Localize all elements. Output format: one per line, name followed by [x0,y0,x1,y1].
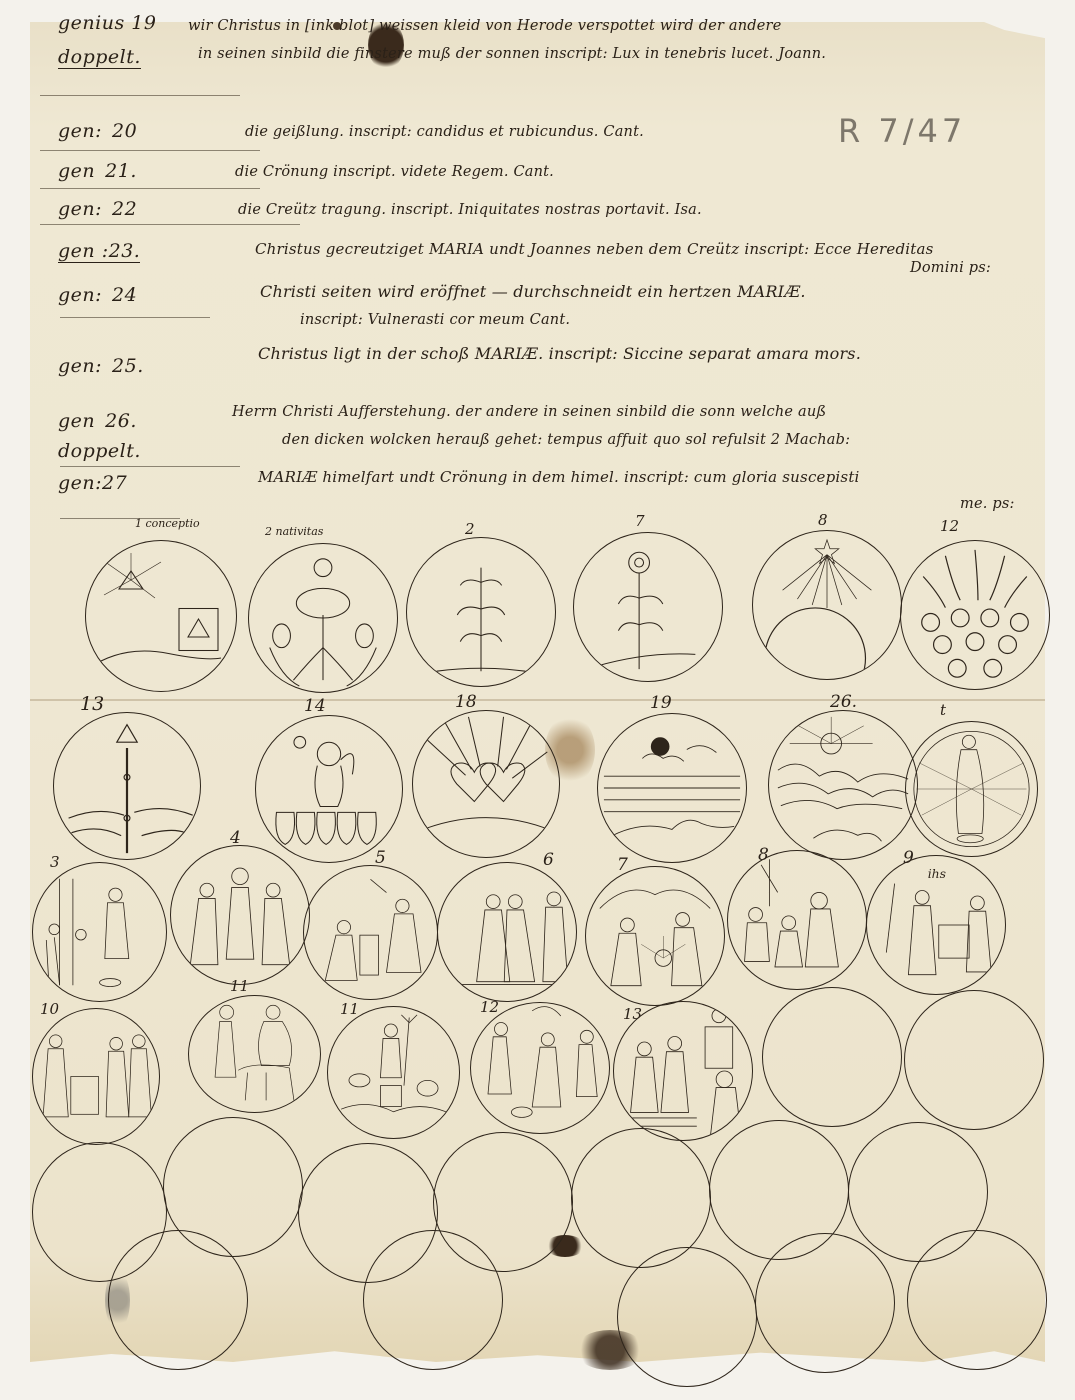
medallion-sun-sea [597,713,747,863]
rule [40,95,240,96]
entry-text: Christus gecreutziget MARIA undt Joannes… [255,240,934,258]
medallion-doctors [613,1001,753,1141]
medallion-star-globe [752,530,902,680]
entry-text: me. ps: [960,496,1015,512]
medallion-rose [573,532,723,682]
medallion-hearts [412,710,560,858]
medallion-number: t [940,701,946,719]
annunciation-scene-icon [304,866,437,999]
entry-text: in seinen sinbild die finstere muß der s… [198,46,826,62]
medallion-plant [406,537,556,687]
medallion-blank [907,1230,1047,1370]
entry-text: MARIÆ himelfart undt Crönung in dem hime… [258,468,860,486]
medallion-virgin [905,721,1038,857]
entry-label: gen26. [58,410,137,432]
entry-text: den dicken wolcken herauß gehet: tempus … [282,432,850,448]
medallion-number: 13 [80,693,104,715]
idol-scene-icon [328,1007,459,1138]
massacre-scene-icon [471,1003,609,1133]
medallion-fall-idols [327,1006,460,1139]
medallion-number: 7 [635,512,645,530]
plant-icon [407,538,555,686]
medallion-innocents [470,1002,610,1134]
nativity-scene-icon [586,867,724,1005]
jesse-tree-icon [249,544,397,692]
medallion-presentation-christ [32,1008,160,1145]
ihs-scene-icon: ihs [867,856,1005,994]
rule [40,188,260,189]
medallion-number: 8 [818,511,828,529]
entry-label: gen21. [58,160,137,182]
entry-label: gen :23. [58,240,140,262]
medallion-marriage [170,845,310,985]
temple-scene-icon [33,863,166,1001]
presentation-scene-icon [33,1009,159,1144]
entry-text: die Crönung inscript. videte Regem. Cant… [235,164,554,180]
visitation-scene-icon [438,863,576,1001]
virgin-icon [906,722,1037,856]
medallion-number: 1 conceptio [135,517,200,530]
medallion-number: 19 [650,693,672,713]
medallion-number: 14 [304,696,326,716]
medallion-putto [255,715,403,863]
medallion-magi [727,850,867,990]
medallion-blank [755,1233,895,1373]
eye-triangle-icon [86,541,236,691]
medallion-number: 26. [830,692,857,712]
medallion-flames [900,540,1050,690]
pierced-hearts-icon [413,711,559,857]
medallion-blank [363,1230,503,1370]
entry-text: inscript: Vulnerasti cor meum Cant. [300,312,570,328]
entry-text: Christus ligt in der schoß MARIÆ. inscri… [258,344,861,363]
medallion-presentation [32,862,167,1002]
medallion-number: 2 [465,520,475,538]
star-icon [753,531,901,679]
medallion-blank [904,990,1044,1130]
medallion-number: 12 [940,517,959,535]
medallion-visitation [437,862,577,1002]
rule [60,317,210,318]
entry-text: die geißlung. inscript: candidus et rubi… [245,124,644,140]
doctors-scene-icon [614,1002,752,1140]
medallion-sun-clouds [768,710,918,860]
medallion-conceptio [85,540,237,692]
entry-text: Domini ps: [910,260,991,276]
medallion-blank [617,1247,757,1387]
entry-text: wir Christus in [ink blot] weissen kleid… [188,18,781,34]
medallion-circumcision: ihs [866,855,1006,995]
fold-line [30,699,1045,701]
entry-label: gen:24 [58,284,137,306]
rose-icon [574,533,722,681]
entry-label: genius 19 [58,12,156,34]
entry-label: gen:20 [58,120,137,142]
medallion-blank [762,987,902,1127]
flames-icon [901,541,1049,689]
entry-text: Herrn Christi Aufferstehung. der andere … [232,404,826,420]
medallion-annunciation [303,865,438,1000]
flight-egypt-icon [189,996,320,1112]
medallion-nativitas [248,543,398,693]
shelfmark: R 7/47 [838,112,966,150]
entry-label: gen:27 [58,472,127,494]
rule [60,466,240,467]
entry-note: doppelt. [58,46,141,68]
medallion-flight-egypt [188,995,321,1113]
marriage-scene-icon [171,846,309,984]
svg-text:ihs: ihs [928,866,946,881]
entry-text: Christi seiten wird eröffnet — durchschn… [260,282,806,301]
rule [40,224,300,225]
entry-label: gen:22 [58,198,137,220]
rule [40,150,260,151]
medallion-number: 2 nativitas [265,525,323,538]
sun-sea-icon [598,714,746,862]
medallion-staff [53,712,201,860]
medallion-nativity [585,866,725,1006]
medallion-number: 11 [230,977,249,995]
entry-text: die Creütz tragung. inscript. Iniquitate… [238,202,702,218]
staff-icon [54,713,200,859]
putto-jars-icon [256,716,402,862]
medallion-blank [108,1230,248,1370]
entry-note: doppelt. [58,440,141,462]
sun-clouds-icon [769,711,917,859]
entry-label: gen:25. [58,355,144,377]
magi-scene-icon [728,851,866,989]
medallion-number: 18 [455,692,477,712]
